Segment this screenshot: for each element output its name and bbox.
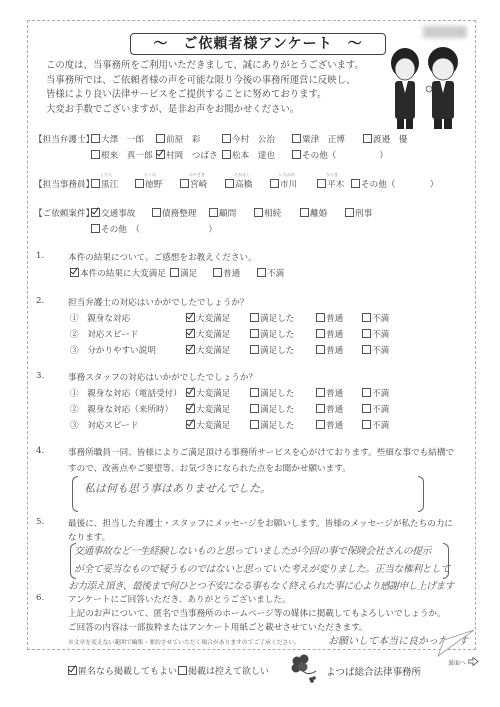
firm-name: よつば総合法律事務所 — [326, 664, 421, 678]
q6-text-line: アンケートにご回答いただき、ありがとうございました。 — [68, 593, 291, 605]
option-label: 大変満足 — [196, 330, 230, 340]
q3-choice[interactable]: 満足した — [250, 419, 294, 431]
ruby-text: みやざき — [189, 172, 205, 178]
staff-option[interactable]: みやざき宮崎 — [180, 178, 207, 190]
checkbox[interactable] — [351, 179, 360, 188]
checkbox[interactable] — [363, 134, 372, 143]
option-label: 渡邉 優 — [373, 135, 407, 145]
q2-choice[interactable]: 不満 — [362, 312, 389, 324]
checkbox[interactable] — [250, 329, 259, 338]
checkbox[interactable] — [225, 179, 234, 188]
option-label: 不満 — [372, 405, 389, 415]
answer-bracket-left — [72, 476, 78, 512]
checkbox[interactable] — [362, 404, 371, 413]
checkbox[interactable] — [362, 345, 371, 354]
checkbox[interactable] — [178, 666, 187, 675]
option-label: 満足した — [260, 314, 294, 324]
q5-answer-line[interactable]: お力添え頂き、最後まで何ひとつ不安になる事もなく終えられた事に心より感謝申し上げ… — [68, 578, 454, 592]
case-option[interactable]: 顧問 — [209, 207, 236, 219]
checkbox-checked[interactable] — [91, 208, 100, 217]
option-label: 顧問 — [219, 209, 236, 219]
checkbox[interactable] — [250, 388, 259, 397]
q3-choice[interactable]: 普通 — [316, 419, 343, 431]
q2-choice[interactable]: 普通 — [316, 312, 343, 324]
survey-sheet: ～ ご依頼者様アンケート ～ この度は、当事務所をご利用いただきまして、誠にあり… — [27, 20, 476, 650]
option-label: 普通 — [326, 330, 343, 340]
checkbox-checked[interactable] — [156, 150, 165, 159]
checkbox-checked[interactable] — [186, 388, 195, 397]
option-label: その他 （ ） — [101, 225, 217, 235]
checkbox-checked[interactable] — [70, 268, 79, 277]
option-label: 満足した — [260, 389, 294, 399]
q2-choice[interactable]: 不満 — [362, 344, 389, 356]
lawyer-option[interactable]: 今村 公治 — [222, 133, 275, 145]
ruby-text: たかはし — [234, 172, 250, 178]
case-option-other[interactable]: その他 （ ） — [91, 223, 217, 235]
option-label: 不満 — [372, 389, 389, 399]
q3-choice-checked[interactable]: 大変満足 — [186, 403, 230, 415]
checkbox[interactable] — [213, 268, 222, 277]
checkbox[interactable] — [222, 150, 231, 159]
checkbox[interactable] — [254, 208, 263, 217]
lawyer-option[interactable]: 大澤 一郎 — [91, 133, 144, 145]
q4-answer[interactable]: 私は何も思う事はありませんでした。 — [84, 480, 271, 496]
checkbox[interactable] — [317, 179, 326, 188]
q2-row-label: ③ 分かりやすい説明 — [70, 344, 156, 356]
option-label: その他（ ） — [302, 151, 388, 161]
case-option-checked[interactable]: 交通事故 — [91, 207, 135, 219]
q2-choice[interactable]: 普通 — [316, 328, 343, 340]
q3-choice-checked[interactable]: 大変満足 — [186, 419, 230, 431]
checkbox[interactable] — [292, 150, 301, 159]
checkbox[interactable] — [316, 329, 325, 338]
lawyer-option-other[interactable]: その他（ ） — [292, 149, 388, 161]
q2-choice[interactable]: 満足した — [250, 328, 294, 340]
checkbox[interactable] — [362, 388, 371, 397]
checkbox[interactable] — [345, 208, 354, 217]
blurred-id — [423, 26, 467, 38]
lawyer-option[interactable]: 前原 彩 — [156, 133, 200, 145]
option-label: 相続 — [264, 209, 281, 219]
q2-choice-checked[interactable]: 大変満足 — [186, 344, 230, 356]
option-label: 村岡 つばさ — [166, 151, 218, 161]
q2-text: 担当弁護士の対応はいかがでしたでしょうか？ — [68, 296, 248, 308]
next-page-link[interactable]: 裏面へ — [448, 657, 479, 667]
option-label: 大変満足 — [196, 389, 230, 399]
q4-text-line: 事務所職員一同、皆様によりご満足頂ける事務所サービスを心がけております。些細な事… — [68, 446, 454, 458]
publish-anonymous-option-checked[interactable]: 匿名なら掲載してもよい — [68, 664, 177, 677]
lawyer-option[interactable]: 根來 真一郎 — [91, 149, 153, 161]
checkbox-checked[interactable] — [186, 420, 195, 429]
checkbox-checked[interactable] — [186, 345, 195, 354]
checkbox[interactable] — [362, 329, 371, 338]
checkbox[interactable] — [222, 134, 231, 143]
staff-option[interactable]: とくの徳野 — [135, 178, 162, 190]
q2-choice[interactable]: 不満 — [362, 328, 389, 340]
publish-decline-option[interactable]: 掲載は控えて欲しい — [178, 664, 269, 677]
case-option[interactable]: 離婚 — [300, 207, 327, 219]
option-label: 普通 — [326, 346, 343, 356]
q2-choice[interactable]: 満足した — [250, 344, 294, 356]
case-option[interactable]: 債務整理 — [152, 207, 196, 219]
q1-option-checked[interactable]: 本件の結果に大変満足 — [70, 267, 166, 279]
checkbox[interactable] — [316, 420, 325, 429]
q2-number: 2. — [36, 296, 44, 306]
option-label: 普通 — [326, 405, 343, 415]
option-label: 満足した — [260, 346, 294, 356]
checkbox[interactable] — [91, 179, 100, 188]
page-title: ～ ご依頼者様アンケート ～ — [130, 33, 386, 55]
q5-text-line: 最後に、担当した弁護士・スタッフにメッセージをお願いします。皆様のメッセージが私… — [68, 517, 453, 529]
option-label: 普通 — [223, 269, 240, 279]
checkbox[interactable] — [257, 268, 266, 277]
option-label: 平木 — [327, 180, 344, 190]
q2-row-label: ① 親身な対応 — [70, 312, 130, 324]
q6-text-line: 上記のお声について、匿名で当事務所のホームページ等の媒体に掲載してもよろしいでし… — [68, 607, 446, 619]
option-label: 不満 — [372, 421, 389, 431]
staff-option[interactable]: くろえ黒江 — [91, 178, 118, 190]
option-label: 不満 — [372, 314, 389, 324]
checkbox-checked[interactable] — [68, 666, 77, 675]
q4-text-line: すので、改善点やご要望等、お気づきになられた点をお聞かせ願います。 — [68, 462, 351, 474]
option-label: 満足 — [180, 269, 197, 279]
q3-row-label: ② 親身な対応（来所時） — [70, 403, 173, 415]
option-label: 不満 — [372, 346, 389, 356]
option-label: 満足した — [260, 405, 294, 415]
option-label: 大変満足 — [196, 314, 230, 324]
q3-choice[interactable]: 満足した — [250, 403, 294, 415]
option-label: 普通 — [326, 314, 343, 324]
staff-option[interactable]: たかはし高橋 — [225, 178, 252, 190]
option-label: 満足した — [260, 421, 294, 431]
checkbox[interactable] — [270, 179, 279, 188]
checkbox[interactable] — [250, 420, 259, 429]
q2-choice-checked[interactable]: 大変満足 — [186, 328, 230, 340]
q3-choice[interactable]: 不満 — [362, 419, 389, 431]
checkbox[interactable] — [292, 134, 301, 143]
checkbox[interactable] — [250, 404, 259, 413]
staff-option[interactable]: いちかわ市川 — [270, 178, 297, 190]
q1-number: 1. — [36, 251, 44, 261]
option-label: 債務整理 — [162, 209, 196, 219]
q1-option[interactable]: 満足 — [170, 267, 197, 279]
q5-answer-line[interactable]: が全て妥当なもので疑うものではないと思っていた考えが変りました。正当な権利として — [74, 561, 450, 575]
arrow-right-icon — [468, 657, 479, 666]
intro-line: この度は、当事務所をご利用いただきまして、誠にありがとうございます。 — [46, 59, 364, 74]
checkbox[interactable] — [362, 313, 371, 322]
intro-line: 皆様により良い法律サービスをご提供することに努めております。 — [46, 88, 364, 103]
option-label: 満足した — [260, 330, 294, 340]
option-label: 大変満足 — [196, 346, 230, 356]
q3-choice-checked[interactable]: 大変満足 — [186, 387, 230, 399]
q2-choice-checked[interactable]: 大変満足 — [186, 312, 230, 324]
option-label: 離婚 — [310, 209, 327, 219]
option-label: 大澤 一郎 — [101, 135, 144, 145]
option-label: その他（ ） — [361, 180, 438, 190]
q3-number: 3. — [36, 371, 44, 381]
q5-answer-line[interactable]: 交通事故など一生経験しないものと思っていましたが今回の事で保険会社さんの提示 — [74, 543, 431, 557]
option-label: 徳野 — [145, 180, 162, 190]
lawyers-illustration-icon — [383, 43, 473, 133]
option-label: 今村 公治 — [232, 135, 275, 145]
q1-text: 本件の結果について、ご感想をお教えください。 — [68, 251, 257, 263]
q3-choice[interactable]: 普通 — [316, 387, 343, 399]
checkbox[interactable] — [156, 134, 165, 143]
q3-choice[interactable]: 満足した — [250, 387, 294, 399]
option-label: 匿名なら掲載してもよい — [78, 667, 177, 677]
staff-option[interactable]: ひらき平木 — [317, 178, 344, 190]
staff-label: 【担当事務員】 — [34, 178, 94, 190]
option-label: 刑事 — [355, 209, 372, 219]
option-label: 掲載は控えて欲しい — [188, 667, 269, 677]
intro-line: 大変お手数でございますが、是非お声をお聞かせください。 — [46, 103, 364, 118]
checkbox[interactable] — [135, 179, 144, 188]
checkbox[interactable] — [91, 150, 100, 159]
checkbox[interactable] — [91, 134, 100, 143]
lawyer-option[interactable]: 粟津 正博 — [292, 133, 345, 145]
option-label: 本件の結果に大変満足 — [80, 269, 166, 279]
q3-row-label: ① 親身な対応（電話受付） — [70, 387, 182, 399]
q2-choice[interactable]: 普通 — [316, 344, 343, 356]
option-label: 交通事故 — [101, 209, 135, 219]
option-label: 不満 — [372, 330, 389, 340]
checkbox[interactable] — [316, 345, 325, 354]
q3-choice[interactable]: 不満 — [362, 387, 389, 399]
checkbox-checked[interactable] — [186, 404, 195, 413]
checkbox[interactable] — [300, 208, 309, 217]
q2-choice[interactable]: 満足した — [250, 312, 294, 324]
next-page-label: 裏面へ — [448, 660, 466, 667]
option-label: 松本 達也 — [232, 151, 275, 161]
option-label: 宮崎 — [190, 180, 207, 190]
ruby-text: ひらき — [326, 172, 338, 178]
lawyer-option[interactable]: 渡邉 優 — [363, 133, 407, 145]
ruby-text: とくの — [144, 172, 156, 178]
q2-row-label: ② 対応スピード — [70, 328, 138, 340]
staff-option-other[interactable]: その他（ ） — [351, 178, 438, 190]
checkbox[interactable] — [250, 345, 259, 354]
case-type-label: 【ご依頼案件】 — [34, 207, 94, 219]
option-label: 不満 — [267, 269, 284, 279]
option-label: 普通 — [326, 421, 343, 431]
answer-bracket-right — [418, 476, 424, 512]
option-label: 高橋 — [235, 180, 252, 190]
checkbox-checked[interactable] — [186, 329, 195, 338]
option-label: 普通 — [326, 389, 343, 399]
lawyer-option[interactable]: 松本 達也 — [222, 149, 275, 161]
q4-number: 4. — [36, 446, 44, 456]
clover-icon — [289, 653, 323, 683]
option-label: 粟津 正博 — [302, 135, 345, 145]
q6-text-line: ご回答の内容は一部抜粋またはアンケート用紙ごと載せさせていただきます。 — [68, 621, 368, 633]
q3-choice[interactable]: 普通 — [316, 403, 343, 415]
q6-note: ※文章を変えない範囲で編集・要約させていただく場合がありますのでご了承ください。 — [68, 637, 300, 646]
checkbox[interactable] — [316, 388, 325, 397]
checkbox[interactable] — [362, 420, 371, 429]
checkbox[interactable] — [152, 208, 161, 217]
q1-option[interactable]: 普通 — [213, 267, 240, 279]
intro-text: この度は、当事務所をご利用いただきまして、誠にありがとうございます。 当事務所で… — [46, 59, 364, 117]
q3-text: 事務スタッフの対応はいかがでしたでしょうか？ — [68, 371, 257, 383]
checkbox[interactable] — [170, 268, 179, 277]
checkbox[interactable] — [316, 404, 325, 413]
q5-number: 5. — [36, 517, 44, 527]
q6-number: 6. — [36, 593, 44, 603]
lawyer-option-checked[interactable]: 村岡 つばさ — [156, 149, 218, 161]
option-label: 市川 — [280, 180, 297, 190]
option-label: 前原 彩 — [166, 135, 200, 145]
q3-row-label: ③ 対応スピード — [70, 419, 138, 431]
option-label: 大変満足 — [196, 405, 230, 415]
checkbox[interactable] — [250, 313, 259, 322]
option-label: 根來 真一郎 — [101, 151, 153, 161]
q5-text-line: なります。 — [68, 531, 110, 543]
option-label: 大変満足 — [196, 421, 230, 431]
page-curl-icon — [434, 630, 474, 660]
checkbox[interactable] — [209, 208, 218, 217]
checkbox[interactable] — [91, 224, 100, 233]
case-option[interactable]: 相続 — [254, 207, 281, 219]
checkbox[interactable] — [180, 179, 189, 188]
q3-choice[interactable]: 不満 — [362, 403, 389, 415]
q1-option[interactable]: 不満 — [257, 267, 284, 279]
checkbox-checked[interactable] — [186, 313, 195, 322]
option-label: 黒江 — [101, 180, 118, 190]
ruby-text: いちかわ — [279, 172, 295, 178]
checkbox[interactable] — [316, 313, 325, 322]
intro-line: 当事務所では、ご依頼者様の声を可能な限り今後の事務所運営に反映し、 — [46, 74, 364, 89]
case-option[interactable]: 刑事 — [345, 207, 372, 219]
lawyers-label: 【担当弁護士】 — [34, 133, 94, 145]
ruby-text: くろえ — [100, 172, 112, 178]
